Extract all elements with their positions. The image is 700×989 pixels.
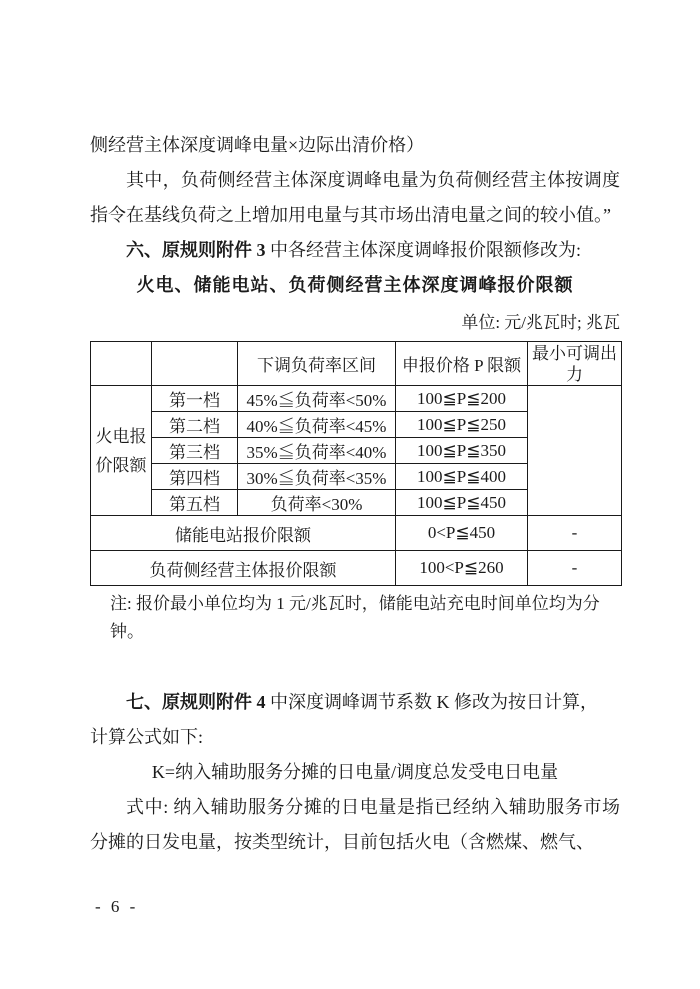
section-6-text: 中各经营主体深度调峰报价限额修改为: bbox=[266, 240, 582, 260]
load-price-cell: 100<P≦260 bbox=[396, 551, 528, 586]
section-7-line2: 计算公式如下: bbox=[90, 720, 620, 755]
min-output-merged-empty-cell bbox=[528, 386, 622, 516]
load-label-cell: 负荷侧经营主体报价限额 bbox=[91, 551, 396, 586]
section-7-text: 中深度调峰调节系数 K 修改为按日计算， bbox=[266, 692, 599, 712]
price-cell: 100≦P≦400 bbox=[396, 464, 528, 490]
header-range-cell: 下调负荷率区间 bbox=[238, 342, 396, 386]
table-row-storage: 储能电站报价限额 0<P≦450 - bbox=[91, 516, 622, 551]
table-footnote: 注: 报价最小单位均为 1 元/兆瓦时，储能电站充电时间单位均为分钟。 bbox=[90, 590, 620, 646]
section-7-number: 七、原规则附件 4 bbox=[126, 692, 266, 712]
k-formula: K=纳入辅助服务分摊的日电量/调度总发受电日电量 bbox=[90, 755, 620, 790]
storage-min-output-cell: - bbox=[528, 516, 622, 551]
fire-power-label-cell: 火电报价限额 bbox=[91, 386, 152, 516]
tier-cell: 第二档 bbox=[152, 412, 238, 438]
header-price-cell: 申报价格 P 限额 bbox=[396, 342, 528, 386]
paragraph-load-side-definition: 其中，负荷侧经营主体深度调峰电量为负荷侧经营主体按调度指令在基线负荷之上增加用电… bbox=[90, 163, 620, 233]
range-cell: 35%≦负荷率<40% bbox=[238, 438, 396, 464]
table-row-tier1: 火电报价限额 第一档 45%≦负荷率<50% 100≦P≦200 bbox=[91, 386, 622, 412]
tier-cell: 第四档 bbox=[152, 464, 238, 490]
storage-price-cell: 0<P≦450 bbox=[396, 516, 528, 551]
document-page: 侧经营主体深度调峰电量×边际出清价格） 其中，负荷侧经营主体深度调峰电量为负荷侧… bbox=[0, 0, 700, 989]
price-cell: 100≦P≦350 bbox=[396, 438, 528, 464]
table-row-load-side: 负荷侧经营主体报价限额 100<P≦260 - bbox=[91, 551, 622, 586]
range-cell: 30%≦负荷率<35% bbox=[238, 464, 396, 490]
section-6-number: 六、原规则附件 3 bbox=[126, 240, 266, 260]
header-min-output-cell: 最小可调出力 bbox=[528, 342, 622, 386]
price-cell: 100≦P≦200 bbox=[396, 386, 528, 412]
price-cell: 100≦P≦450 bbox=[396, 490, 528, 516]
table-title: 火电、储能电站、负荷侧经营主体深度调峰报价限额 bbox=[90, 268, 620, 303]
paragraph-formula-explanation: 式中: 纳入辅助服务分摊的日电量是指已经纳入辅助服务市场分摊的日发电量，按类型统… bbox=[90, 790, 620, 860]
price-limit-table: 下调负荷率区间 申报价格 P 限额 最小可调出力 火电报价限额 第一档 45%≦… bbox=[90, 341, 622, 586]
table-header-row: 下调负荷率区间 申报价格 P 限额 最小可调出力 bbox=[91, 342, 622, 386]
header-empty-cell-1 bbox=[91, 342, 152, 386]
price-cell: 100≦P≦250 bbox=[396, 412, 528, 438]
load-min-output-cell: - bbox=[528, 551, 622, 586]
range-cell: 负荷率<30% bbox=[238, 490, 396, 516]
range-cell: 45%≦负荷率<50% bbox=[238, 386, 396, 412]
tier-cell: 第一档 bbox=[152, 386, 238, 412]
document-content: 侧经营主体深度调峰电量×边际出清价格） 其中，负荷侧经营主体深度调峰电量为负荷侧… bbox=[90, 128, 620, 860]
header-empty-cell-2 bbox=[152, 342, 238, 386]
unit-note: 单位: 元/兆瓦时; 兆瓦 bbox=[90, 308, 620, 338]
page-number: - 6 - bbox=[95, 897, 138, 917]
tier-cell: 第五档 bbox=[152, 490, 238, 516]
range-cell: 40%≦负荷率<45% bbox=[238, 412, 396, 438]
paragraph-continued-line: 侧经营主体深度调峰电量×边际出清价格） bbox=[90, 128, 620, 163]
storage-label-cell: 储能电站报价限额 bbox=[91, 516, 396, 551]
section-7-heading: 七、原规则附件 4 中深度调峰调节系数 K 修改为按日计算， bbox=[90, 685, 620, 720]
section-6-heading: 六、原规则附件 3 中各经营主体深度调峰报价限额修改为: bbox=[90, 233, 620, 268]
tier-cell: 第三档 bbox=[152, 438, 238, 464]
